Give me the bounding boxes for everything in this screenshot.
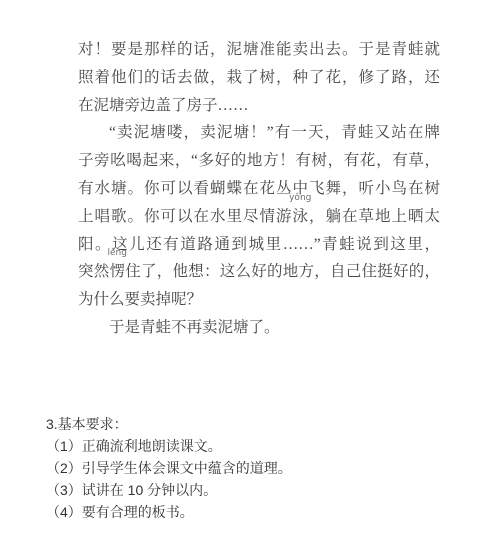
annotated-character: lèng愣 (110, 258, 126, 286)
pinyin-annotation: yǒng (289, 194, 311, 203)
requirements-section: 3.基本要求： （1）正确流利地朗读课文。（2）引导学生体会课文中蕴含的道理。（… (46, 413, 466, 523)
requirement-item: （1）正确流利地朗读课文。 (46, 435, 466, 457)
passage-line: 对！要是那样的话，泥塘准能卖出去。于是青蛙就 (78, 36, 440, 64)
passage-line: 阳。这儿还有道路通到城里……”青蛙说到这里， (78, 231, 440, 259)
requirements-list: （1）正确流利地朗读课文。（2）引导学生体会课文中蕴含的道理。（3）试讲在 10… (46, 435, 466, 523)
passage-line: 有水塘。你可以看蝴蝶在花丛中飞舞，听小鸟在树 (78, 175, 440, 203)
annotated-character: yǒng泳 (292, 203, 308, 231)
requirement-item: （4）要有合理的板书。 (46, 501, 466, 523)
passage-line: 突然lèng愣住了，他想：这么好的地方，自己住挺好的， (78, 258, 440, 286)
document-page: 对！要是那样的话，泥塘准能卖出去。于是青蛙就照着他们的话去做，栽了树，种了花，修… (0, 0, 500, 539)
passage-line: 照着他们的话去做，栽了树，种了花，修了路，还 (78, 64, 440, 92)
passage-line: 上唱歌。你可以在水里尽情游yǒng泳，躺在草地上晒太 (78, 203, 440, 231)
story-passage: 对！要是那样的话，泥塘准能卖出去。于是青蛙就照着他们的话去做，栽了树，种了花，修… (78, 36, 440, 342)
passage-line: 在泥塘旁边盖了房子…… (78, 92, 440, 120)
pinyin-annotation: lèng (108, 249, 127, 258)
passage-line: 于是青蛙不再卖泥塘了。 (78, 314, 440, 342)
requirement-item: （3）试讲在 10 分钟以内。 (46, 479, 466, 501)
passage-line: 子旁吆喝起来，“多好的地方！有树，有花，有草， (78, 147, 440, 175)
passage-line: 为什么要卖掉呢？ (78, 286, 440, 314)
passage-line: “卖泥塘喽，卖泥塘！”有一天，青蛙又站在牌 (78, 119, 440, 147)
requirement-item: （2）引导学生体会课文中蕴含的道理。 (46, 457, 466, 479)
requirements-heading: 3.基本要求： (46, 413, 466, 435)
